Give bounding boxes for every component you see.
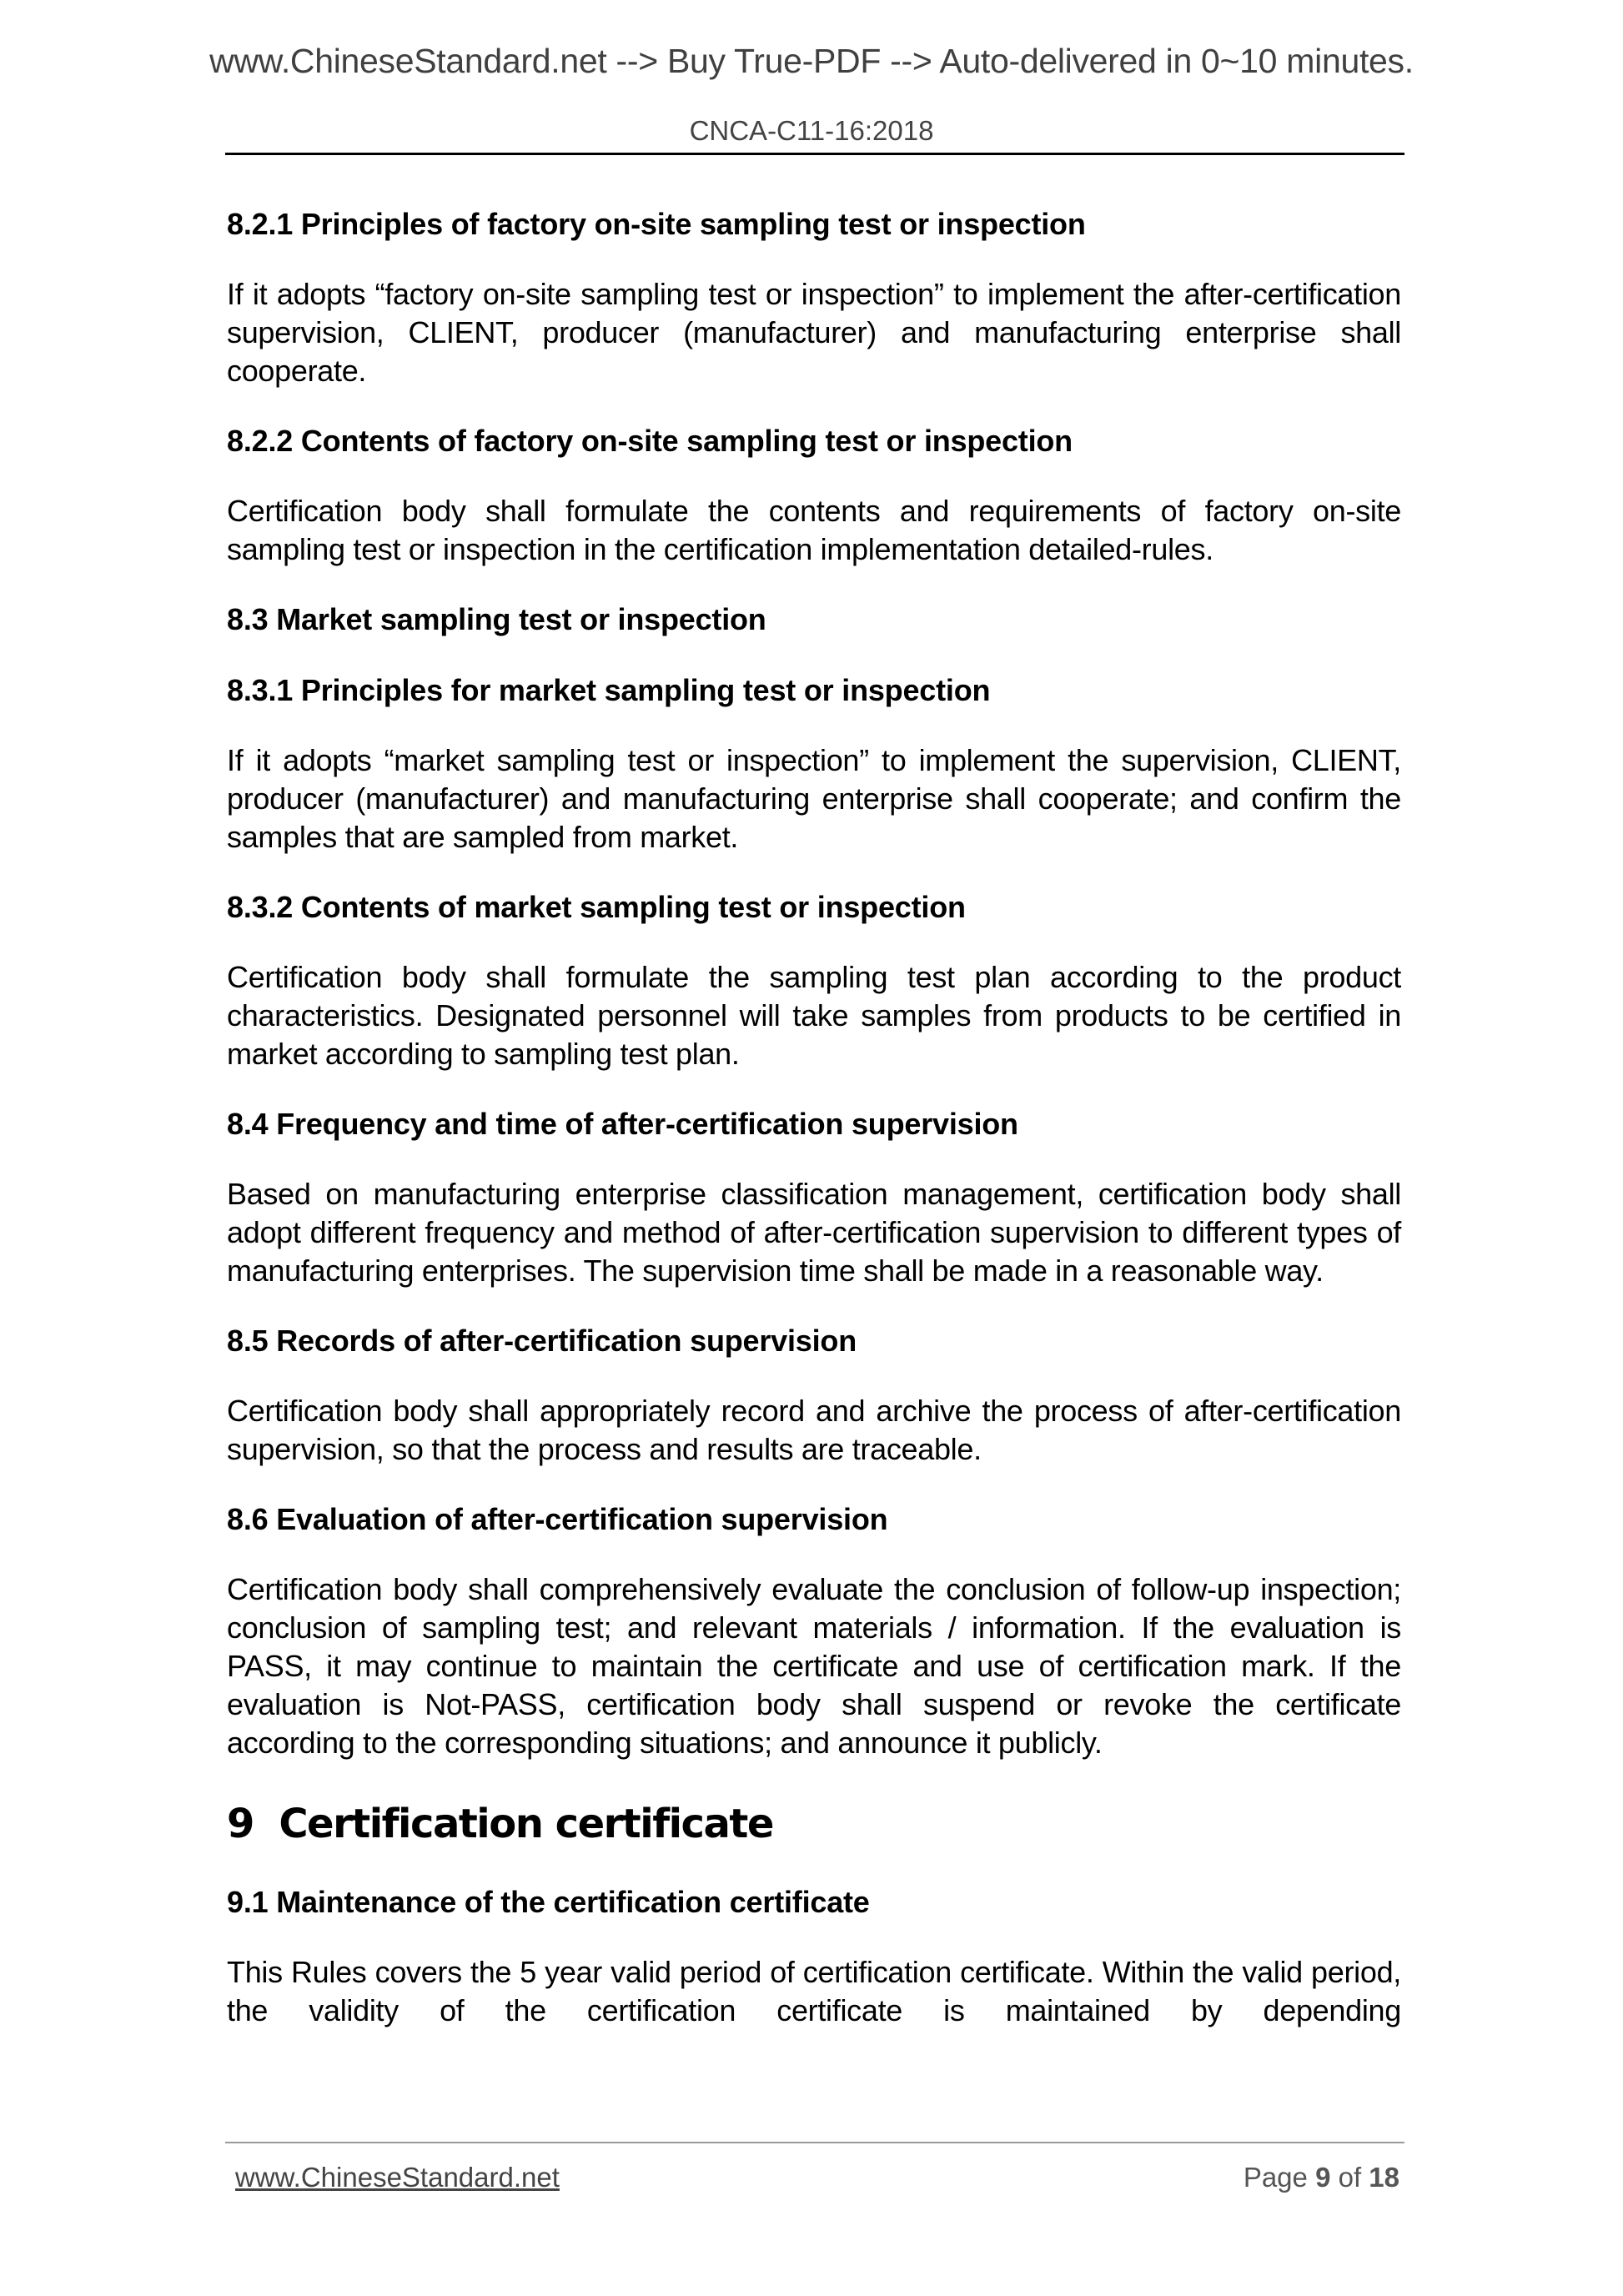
heading-8-2-2: 8.2.2 Contents of factory on-site sampli… [227,421,1401,461]
header-divider [225,153,1404,155]
footer-website-link[interactable]: www.ChineseStandard.net [235,2162,560,2193]
top-banner: www.ChineseStandard.net --> Buy True-PDF… [0,42,1623,81]
page-separator: of [1330,2162,1369,2193]
paragraph-8-6: Certification body shall comprehensively… [227,1570,1401,1762]
heading-8-4: 8.4 Frequency and time of after-certific… [227,1104,1401,1144]
heading-8-3-2: 8.3.2 Contents of market sampling test o… [227,887,1401,927]
heading-9-1: 9.1 Maintenance of the certification cer… [227,1882,1401,1922]
heading-8-3: 8.3 Market sampling test or inspection [227,600,1401,640]
page-total: 18 [1369,2162,1399,2193]
document-body: 8.2.1 Principles of factory on-site samp… [227,204,1401,2030]
heading-9: 9 Certification certificate [227,1799,1401,1849]
paragraph-8-2-1: If it adopts “factory on-site sampling t… [227,275,1401,390]
heading-8-3-1: 8.3.1 Principles for market sampling tes… [227,671,1401,711]
document-code: CNCA-C11-16:2018 [0,115,1623,147]
paragraph-9-1: This Rules covers the 5 year valid perio… [227,1953,1401,2030]
paragraph-8-5: Certification body shall appropriately r… [227,1392,1401,1469]
heading-8-2-1: 8.2.1 Principles of factory on-site samp… [227,204,1401,244]
page-prefix: Page [1244,2162,1315,2193]
paragraph-8-3-1: If it adopts “market sampling test or in… [227,741,1401,857]
page-current: 9 [1315,2162,1330,2193]
paragraph-8-4: Based on manufacturing enterprise classi… [227,1175,1401,1290]
page-number: Page 9 of 18 [1244,2162,1399,2193]
heading-8-5: 8.5 Records of after-certification super… [227,1321,1401,1361]
paragraph-8-3-2: Certification body shall formulate the s… [227,958,1401,1073]
heading-8-6: 8.6 Evaluation of after-certification su… [227,1500,1401,1540]
footer-divider [225,2142,1404,2143]
paragraph-8-2-2: Certification body shall formulate the c… [227,492,1401,569]
